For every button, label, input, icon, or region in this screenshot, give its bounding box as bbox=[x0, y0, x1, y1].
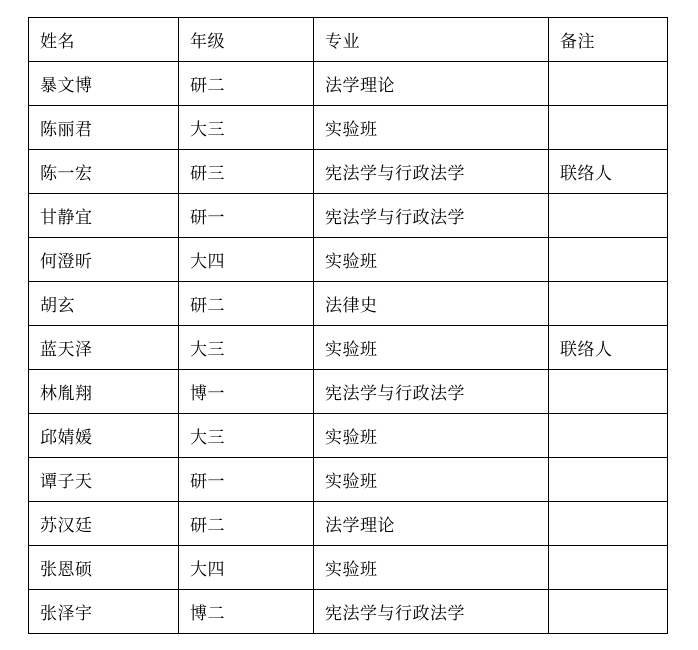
cell-remark bbox=[549, 546, 668, 590]
cell-name: 林胤翔 bbox=[29, 370, 179, 414]
table-row: 谭子天研一实验班 bbox=[29, 458, 668, 502]
table-row: 蓝天泽大三实验班联络人 bbox=[29, 326, 668, 370]
cell-major: 宪法学与行政法学 bbox=[314, 194, 549, 238]
cell-remark bbox=[549, 62, 668, 106]
cell-grade: 博二 bbox=[179, 590, 314, 634]
cell-grade: 大四 bbox=[179, 546, 314, 590]
cell-grade: 研二 bbox=[179, 502, 314, 546]
table-header: 姓名 年级 专业 备注 bbox=[29, 18, 668, 62]
cell-name: 苏汉廷 bbox=[29, 502, 179, 546]
cell-major: 宪法学与行政法学 bbox=[314, 590, 549, 634]
cell-name: 谭子天 bbox=[29, 458, 179, 502]
cell-major: 实验班 bbox=[314, 326, 549, 370]
cell-name: 邱婧媛 bbox=[29, 414, 179, 458]
cell-major: 实验班 bbox=[314, 458, 549, 502]
cell-remark bbox=[549, 238, 668, 282]
cell-major: 实验班 bbox=[314, 238, 549, 282]
cell-major: 实验班 bbox=[314, 106, 549, 150]
table-row: 胡玄研二法律史 bbox=[29, 282, 668, 326]
cell-major: 法律史 bbox=[314, 282, 549, 326]
table-row: 张恩硕大四实验班 bbox=[29, 546, 668, 590]
cell-name: 陈一宏 bbox=[29, 150, 179, 194]
table-body: 暴文博研二法学理论陈丽君大三实验班陈一宏研三宪法学与行政法学联络人甘静宜研一宪法… bbox=[29, 62, 668, 634]
table-row: 林胤翔博一宪法学与行政法学 bbox=[29, 370, 668, 414]
cell-grade: 研一 bbox=[179, 458, 314, 502]
cell-major: 宪法学与行政法学 bbox=[314, 150, 549, 194]
cell-major: 实验班 bbox=[314, 414, 549, 458]
header-row: 姓名 年级 专业 备注 bbox=[29, 18, 668, 62]
header-cell-remark: 备注 bbox=[549, 18, 668, 62]
cell-remark bbox=[549, 106, 668, 150]
header-cell-major: 专业 bbox=[314, 18, 549, 62]
cell-remark bbox=[549, 282, 668, 326]
cell-grade: 大四 bbox=[179, 238, 314, 282]
cell-remark: 联络人 bbox=[549, 150, 668, 194]
cell-name: 张恩硕 bbox=[29, 546, 179, 590]
cell-name: 胡玄 bbox=[29, 282, 179, 326]
cell-name: 何澄昕 bbox=[29, 238, 179, 282]
cell-major: 法学理论 bbox=[314, 502, 549, 546]
cell-grade: 研二 bbox=[179, 62, 314, 106]
cell-name: 陈丽君 bbox=[29, 106, 179, 150]
cell-name: 张泽宇 bbox=[29, 590, 179, 634]
cell-remark bbox=[549, 414, 668, 458]
cell-grade: 研二 bbox=[179, 282, 314, 326]
cell-major: 法学理论 bbox=[314, 62, 549, 106]
cell-grade: 大三 bbox=[179, 414, 314, 458]
student-roster-table: 姓名 年级 专业 备注 暴文博研二法学理论陈丽君大三实验班陈一宏研三宪法学与行政… bbox=[28, 17, 668, 634]
cell-grade: 博一 bbox=[179, 370, 314, 414]
cell-name: 甘静宜 bbox=[29, 194, 179, 238]
cell-grade: 大三 bbox=[179, 106, 314, 150]
table-row: 何澄昕大四实验班 bbox=[29, 238, 668, 282]
table-row: 陈一宏研三宪法学与行政法学联络人 bbox=[29, 150, 668, 194]
table-row: 张泽宇博二宪法学与行政法学 bbox=[29, 590, 668, 634]
document-page: { "page": { "background": "#ffffff", "bo… bbox=[0, 0, 698, 650]
table-row: 暴文博研二法学理论 bbox=[29, 62, 668, 106]
cell-remark bbox=[549, 458, 668, 502]
header-cell-grade: 年级 bbox=[179, 18, 314, 62]
header-cell-name: 姓名 bbox=[29, 18, 179, 62]
cell-name: 暴文博 bbox=[29, 62, 179, 106]
cell-name: 蓝天泽 bbox=[29, 326, 179, 370]
table-row: 苏汉廷研二法学理论 bbox=[29, 502, 668, 546]
table-row: 邱婧媛大三实验班 bbox=[29, 414, 668, 458]
cell-remark bbox=[549, 194, 668, 238]
cell-major: 实验班 bbox=[314, 546, 549, 590]
cell-remark bbox=[549, 370, 668, 414]
cell-remark bbox=[549, 502, 668, 546]
cell-grade: 研一 bbox=[179, 194, 314, 238]
table-row: 甘静宜研一宪法学与行政法学 bbox=[29, 194, 668, 238]
table-row: 陈丽君大三实验班 bbox=[29, 106, 668, 150]
cell-major: 宪法学与行政法学 bbox=[314, 370, 549, 414]
cell-remark bbox=[549, 590, 668, 634]
cell-remark: 联络人 bbox=[549, 326, 668, 370]
cell-grade: 大三 bbox=[179, 326, 314, 370]
cell-grade: 研三 bbox=[179, 150, 314, 194]
